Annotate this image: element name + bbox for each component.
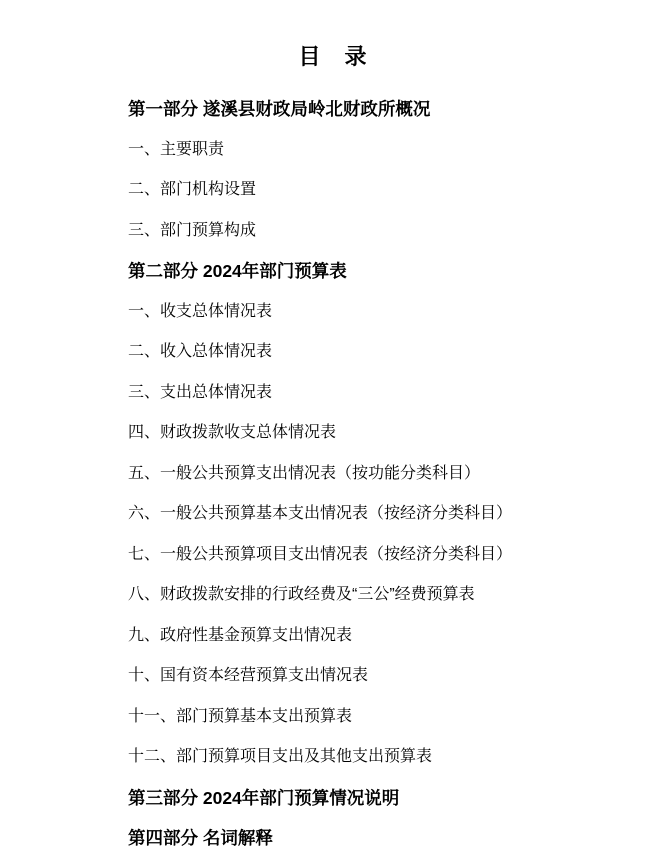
toc-entry: 五、一般公共预算支出情况表（按功能分类科目） — [128, 454, 626, 495]
toc-entry: 十、国有资本经营预算支出情况表 — [128, 656, 626, 697]
toc-entry: 九、政府性基金预算支出情况表 — [128, 616, 626, 657]
toc-entry: 三、支出总体情况表 — [128, 373, 626, 414]
toc-entry: 八、财政拨款安排的行政经费及“三公”经费预算表 — [128, 575, 626, 616]
page-title: 目 录 — [0, 0, 666, 70]
toc-entry: 六、一般公共预算基本支出情况表（按经济分类科目） — [128, 494, 626, 535]
toc-section-part1: 第一部分 遂溪县财政局岭北财政所概况 — [128, 89, 626, 130]
toc-entry: 一、收支总体情况表 — [128, 292, 626, 333]
table-of-contents: 第一部分 遂溪县财政局岭北财政所概况 一、主要职责 二、部门机构设置 三、部门预… — [0, 89, 666, 859]
toc-entry: 一、主要职责 — [128, 130, 626, 171]
document-page: 目 录 第一部分 遂溪县财政局岭北财政所概况 一、主要职责 二、部门机构设置 三… — [0, 0, 666, 863]
toc-entry: 二、部门机构设置 — [128, 170, 626, 211]
toc-entry: 十一、部门预算基本支出预算表 — [128, 697, 626, 738]
toc-entry: 四、财政拨款收支总体情况表 — [128, 413, 626, 454]
toc-entry: 七、一般公共预算项目支出情况表（按经济分类科目） — [128, 535, 626, 576]
toc-entry: 三、部门预算构成 — [128, 211, 626, 252]
toc-entry: 二、收入总体情况表 — [128, 332, 626, 373]
toc-entry: 十二、部门预算项目支出及其他支出预算表 — [128, 737, 626, 778]
toc-section-part2: 第二部分 2024年部门预算表 — [128, 251, 626, 292]
toc-section-part4: 第四部分 名词解释 — [128, 818, 626, 859]
toc-section-part3: 第三部分 2024年部门预算情况说明 — [128, 778, 626, 819]
